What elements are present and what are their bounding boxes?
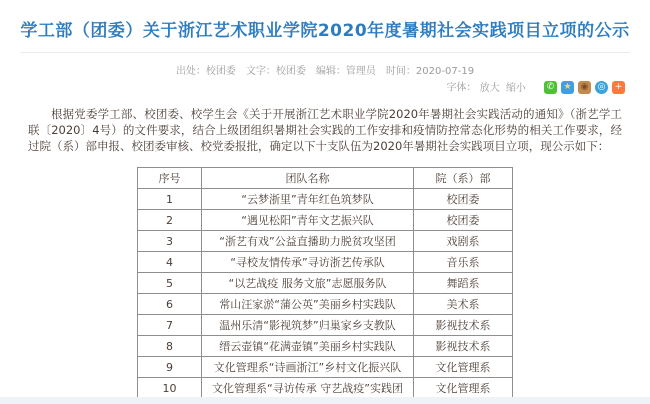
table-cell: 5	[138, 273, 202, 294]
meta-item: 文字：校团委	[246, 66, 306, 77]
table-header-cell: 序号	[138, 168, 202, 189]
table-cell: 音乐系	[414, 252, 513, 273]
table-cell: 文化管理系	[414, 357, 513, 378]
font-zoom-out-link[interactable]: 缩小	[506, 83, 526, 94]
table-cell: 8	[138, 336, 202, 357]
table-cell: 影视技术系	[414, 336, 513, 357]
meta-line: 出处：校团委文字：校团委编辑：管理员时间：2020-07-19	[0, 62, 650, 77]
footer-strip	[0, 397, 650, 404]
table-cell: 4	[138, 252, 202, 273]
table-cell: 校团委	[414, 210, 513, 231]
table-cell: 戏剧系	[414, 231, 513, 252]
table-cell: 文化管理系	[414, 378, 513, 399]
share-bar: ✆★◉◎+	[540, 80, 625, 95]
announcement-page: 学工部（团委）关于浙江艺术职业学院2020年度暑期社会实践项目立项的公示 出处：…	[0, 0, 650, 404]
font-zoom-in-link[interactable]: 放大	[480, 83, 500, 94]
table-row: 9文化管理系“诗画浙江”乡村文化振兴队文化管理系	[138, 357, 513, 378]
table-cell: 常山汪家淤“蒲公英”美丽乡村实践队	[202, 294, 414, 315]
qzone-share-icon[interactable]: ★	[561, 81, 574, 94]
qq-share-icon[interactable]: ◎	[595, 81, 608, 94]
table-row: 5“以艺战疫 服务文旅”志愿服务队舞蹈系	[138, 273, 513, 294]
table-cell: 舞蹈系	[414, 273, 513, 294]
table-cell: 3	[138, 231, 202, 252]
weibo-share-icon[interactable]: ◉	[578, 81, 591, 94]
table-row: 7温州乐清“影视筑梦”归巢家乡支教队影视技术系	[138, 315, 513, 336]
table-row: 10文化管理系“寻访传承 守艺战疫”实践团文化管理系	[138, 378, 513, 399]
table-header-cell: 团队名称	[202, 168, 414, 189]
table-cell: 1	[138, 189, 202, 210]
table-cell: 影视技术系	[414, 315, 513, 336]
title-divider	[20, 52, 630, 53]
table-cell: 文化管理系“诗画浙江”乡村文化振兴队	[202, 357, 414, 378]
table-row: 8缙云壶镇“花满壶镇”美丽乡村实践队影视技术系	[138, 336, 513, 357]
table-cell: 缙云壶镇“花满壶镇”美丽乡村实践队	[202, 336, 414, 357]
table-cell: 美术系	[414, 294, 513, 315]
table-row: 3“浙艺有戏”公益直播助力脱贫攻坚团戏剧系	[138, 231, 513, 252]
table-cell: 9	[138, 357, 202, 378]
table-header-row: 序号团队名称院（系）部	[138, 168, 513, 189]
table-cell: “云梦浙里”青年红色筑梦队	[202, 189, 414, 210]
share-more-icon[interactable]: +	[612, 81, 625, 94]
table-row: 2“遇见松阳”青年文艺振兴队校团委	[138, 210, 513, 231]
table-row: 1“云梦浙里”青年红色筑梦队校团委	[138, 189, 513, 210]
table-header-cell: 院（系）部	[414, 168, 513, 189]
table-cell: 10	[138, 378, 202, 399]
font-share-toolbar: 字体： 放大 缩小 ✆★◉◎+	[0, 80, 625, 95]
table-body: 1“云梦浙里”青年红色筑梦队校团委2“遇见松阳”青年文艺振兴队校团委3“浙艺有戏…	[138, 189, 513, 399]
table-cell: 温州乐清“影视筑梦”归巢家乡支教队	[202, 315, 414, 336]
page-title: 学工部（团委）关于浙江艺术职业学院2020年度暑期社会实践项目立项的公示	[0, 0, 650, 41]
table-cell: 6	[138, 294, 202, 315]
wechat-share-icon[interactable]: ✆	[544, 81, 557, 94]
table-cell: “寻校友情传承”寻访浙艺传承队	[202, 252, 414, 273]
announcement-body-paragraph: 根据党委学工部、校团委、校学生会《关于开展浙江艺术职业学院2020年暑期社会实践…	[28, 106, 622, 154]
table-row: 4“寻校友情传承”寻访浙艺传承队音乐系	[138, 252, 513, 273]
table-cell: 2	[138, 210, 202, 231]
project-table: 序号团队名称院（系）部 1“云梦浙里”青年红色筑梦队校团委2“遇见松阳”青年文艺…	[137, 167, 513, 399]
table-cell: 7	[138, 315, 202, 336]
meta-item: 时间：2020-07-19	[386, 66, 474, 77]
table-cell: “遇见松阳”青年文艺振兴队	[202, 210, 414, 231]
font-size-label: 字体：	[446, 83, 476, 94]
table-cell: 文化管理系“寻访传承 守艺战疫”实践团	[202, 378, 414, 399]
table-cell: 校团委	[414, 189, 513, 210]
table-cell: “以艺战疫 服务文旅”志愿服务队	[202, 273, 414, 294]
table-row: 6常山汪家淤“蒲公英”美丽乡村实践队美术系	[138, 294, 513, 315]
meta-item: 编辑：管理员	[316, 66, 376, 77]
table-cell: “浙艺有戏”公益直播助力脱贫攻坚团	[202, 231, 414, 252]
meta-item: 出处：校团委	[176, 66, 236, 77]
